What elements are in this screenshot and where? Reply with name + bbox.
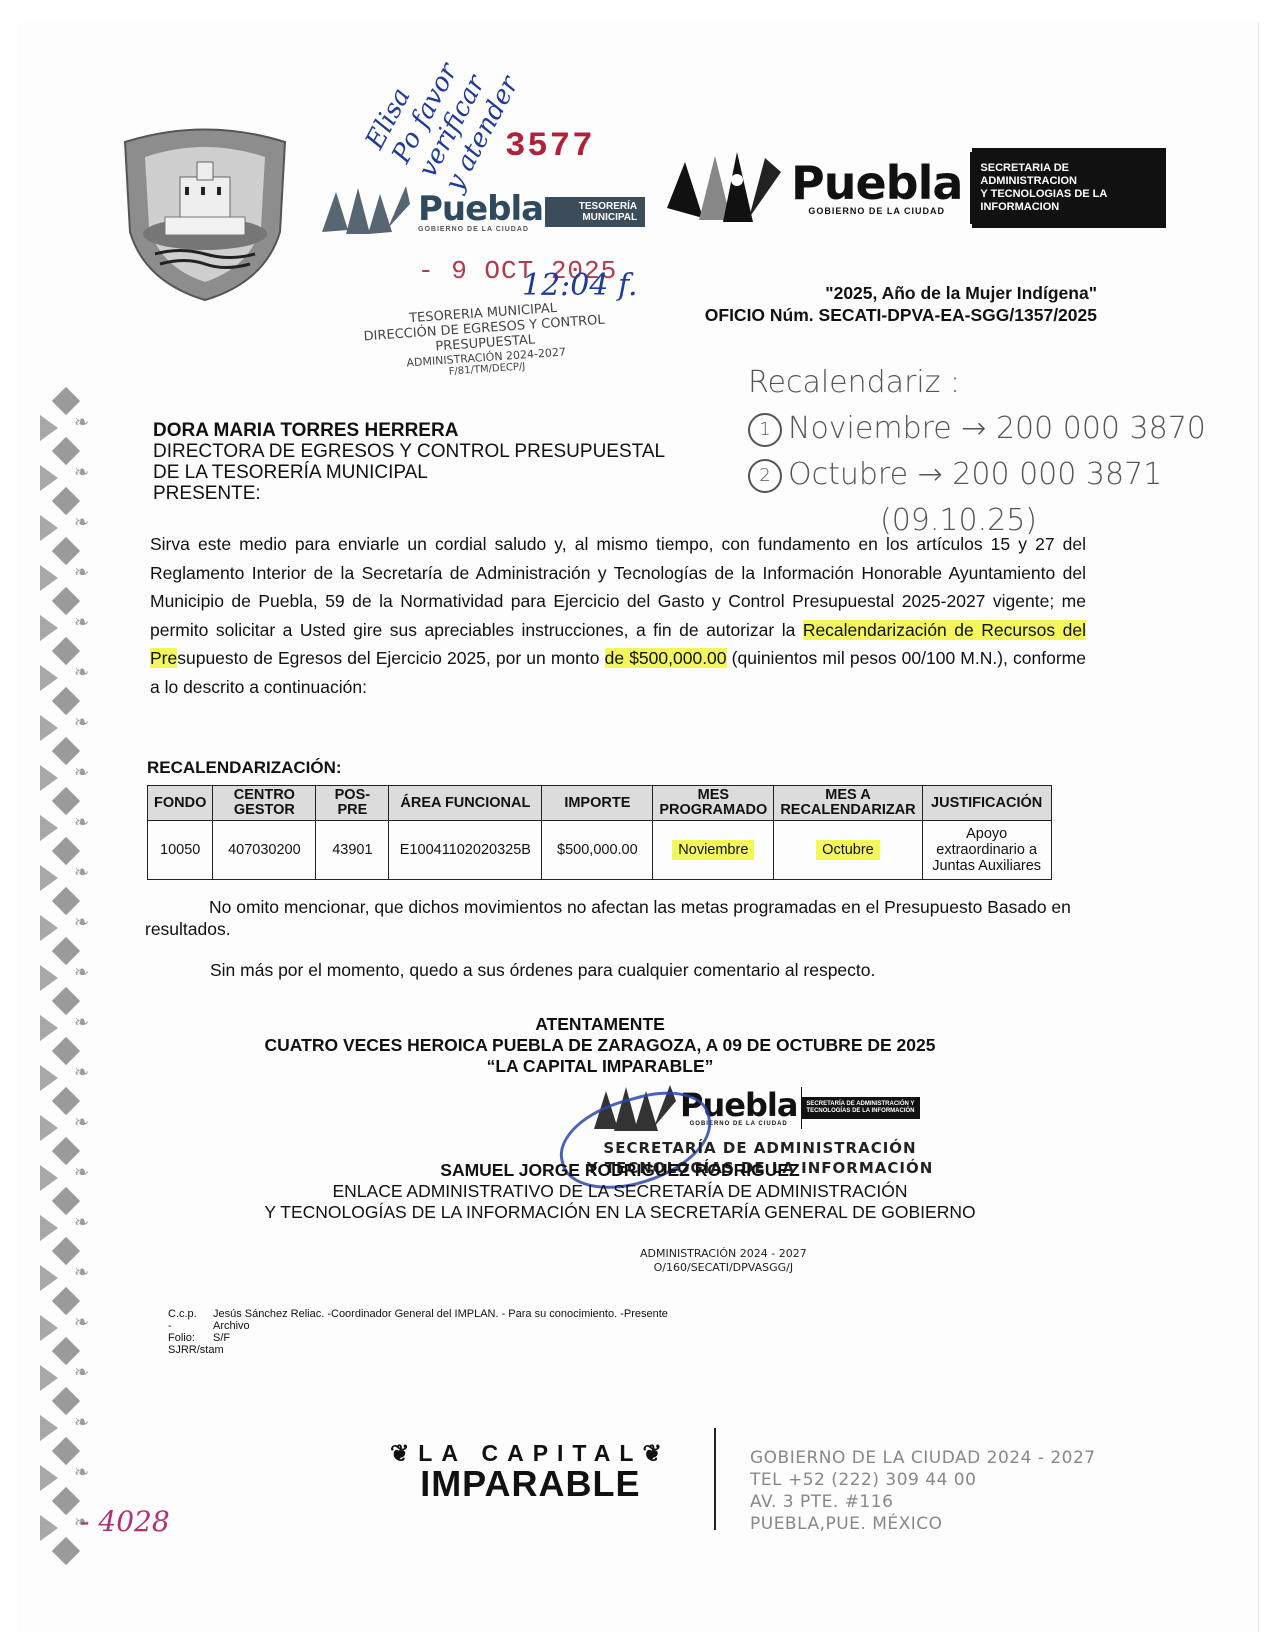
addressee-name: DORA MARIA TORRES HERRERA (153, 420, 665, 441)
addressee-title: DIRECTORA DE EGRESOS Y CONTROL PRESUPUES… (153, 441, 665, 462)
received-time: 12:04 f. (522, 268, 638, 303)
ornament-motif: ❧ (38, 885, 98, 935)
ornament-motif: ❧ (38, 1385, 98, 1435)
ornament-motif: ❧ (38, 1535, 98, 1565)
signer-block: SAMUEL JORGE RODRIGUEZ RODRIGUEZ ENLACE … (220, 1160, 1020, 1223)
salutation: PRESENTE: (153, 483, 665, 504)
footer-divider (714, 1428, 716, 1530)
ornament-motif: ❧ (38, 485, 98, 535)
ornament-motif: ❧ (38, 685, 98, 735)
paragraph: No omito mencionar, que dichos movimient… (145, 896, 1075, 940)
tesoreria-logo: Puebla GOBIERNO DE LA CIUDAD TESORERÍA M… (318, 182, 645, 242)
ornament-motif: ❧ (38, 1285, 98, 1335)
wing-right-icon: ❦ (642, 1440, 670, 1466)
puebla-emblem-icon (665, 148, 785, 228)
table-cell: Noviembre (653, 821, 774, 880)
ornament-motif: ❧ (38, 1135, 98, 1185)
ornament-motif: ❧ (38, 935, 98, 985)
oficio-header: "2025, Año de la Mujer Indígena" OFICIO … (705, 282, 1097, 326)
ornament-motif: ❧ (38, 585, 98, 635)
table-cell: 407030200 (213, 821, 316, 880)
city-crest-icon (115, 122, 295, 302)
ornament-motif: ❧ (38, 985, 98, 1035)
puebla-emblem-icon (318, 182, 414, 242)
ornament-motif: ❧ (38, 735, 98, 785)
column-header: MES A RECALENDARIZAR (774, 786, 922, 821)
ornament-motif: ❧ (38, 635, 98, 685)
table-cell: 43901 (316, 821, 389, 880)
paragraph: Sin más por el momento, quedo a sus órde… (210, 960, 875, 981)
handwritten-recalendar-note: Recalendariz : 1Noviembre → 200 000 3870… (748, 360, 1206, 544)
table-row: 10050 407030200 43901 E10041102020325B $… (148, 821, 1052, 880)
handwritten-number: - 4028 (80, 1505, 170, 1538)
oficio-number: OFICIO Núm. SECATI-DPVA-EA-SGG/1357/2025 (705, 304, 1097, 326)
table-cell: $500,000.00 (542, 821, 653, 880)
table-cell: 10050 (148, 821, 213, 880)
closing-block: ATENTAMENTE CUATRO VECES HEROICA PUEBLA … (220, 1014, 980, 1077)
section-title: RECALENDARIZACIÓN: (147, 758, 342, 778)
ornament-motif: ❧ (38, 1085, 98, 1135)
footer-contact-info: GOBIERNO DE LA CIUDAD 2024 - 2027 TEL +5… (750, 1447, 1096, 1535)
cc-block: C.c.p.Jesús Sánchez Reliac. -Coordinador… (168, 1308, 668, 1356)
highlighted-amount: de $500,000.00 (605, 648, 727, 668)
admin-stamp: ADMINISTRACIÓN 2024 - 2027 O/160/SECATI/… (640, 1247, 807, 1275)
ornament-motif: ❧ (38, 1035, 98, 1085)
column-header: ÁREA FUNCIONAL (389, 786, 542, 821)
signer-name: SAMUEL JORGE RODRIGUEZ RODRIGUEZ (220, 1160, 1020, 1181)
ornament-motif: ❧ (38, 435, 98, 485)
body-paragraph: Sirva este medio para enviarle un cordia… (150, 530, 1086, 701)
column-header: MES PROGRAMADO (653, 786, 774, 821)
wing-left-icon: ❦ (390, 1440, 418, 1466)
ornament-motif: ❧ (38, 535, 98, 585)
ornament-motif: ❧ (38, 785, 98, 835)
footer-logo: ❦LA CAPITAL❦ IMPARABLE (390, 1440, 671, 1501)
ornament-motif: ❧ (38, 1435, 98, 1485)
folio-number: 3577 (505, 128, 595, 166)
header-logo: Puebla GOBIERNO DE LA CIUDAD SECRETARIA … (665, 148, 1166, 228)
addressee-block: DORA MARIA TORRES HERRERA DIRECTORA DE E… (153, 420, 665, 504)
column-header: CENTRO GESTOR (213, 786, 316, 821)
decorative-border: ❧❧❧❧❧❧❧❧❧❧❧❧❧❧❧❧❧❧❧❧❧❧❧❧ (38, 385, 98, 1565)
signer-title: ENLACE ADMINISTRATIVO DE LA SECRETARÍA D… (220, 1181, 1020, 1202)
ornament-motif: ❧ (38, 1185, 98, 1235)
column-header: FONDO (148, 786, 213, 821)
ornament-motif: ❧ (38, 835, 98, 885)
column-header: POS-PRE (316, 786, 389, 821)
table-cell: Octubre (774, 821, 922, 880)
table-cell: E10041102020325B (389, 821, 542, 880)
ornament-motif: ❧ (38, 1335, 98, 1385)
ornament-motif: ❧ (38, 1235, 98, 1285)
addressee-title: DE LA TESORERÍA MUNICIPAL (153, 462, 665, 483)
column-header: JUSTIFICACIÓN (922, 786, 1051, 821)
column-header: IMPORTE (542, 786, 653, 821)
table-cell: Apoyo extraordinario a Juntas Auxiliares (922, 821, 1051, 880)
recalendar-table: FONDO CENTRO GESTOR POS-PRE ÁREA FUNCION… (147, 785, 1052, 880)
year-motto: "2025, Año de la Mujer Indígena" (705, 282, 1097, 304)
signer-title: Y TECNOLOGÍAS DE LA INFORMACIÓN EN LA SE… (220, 1202, 1020, 1223)
ornament-motif: ❧ (38, 385, 98, 435)
secretaria-box: SECRETARIA DE ADMINISTRACION Y TECNOLOGI… (972, 148, 1166, 228)
